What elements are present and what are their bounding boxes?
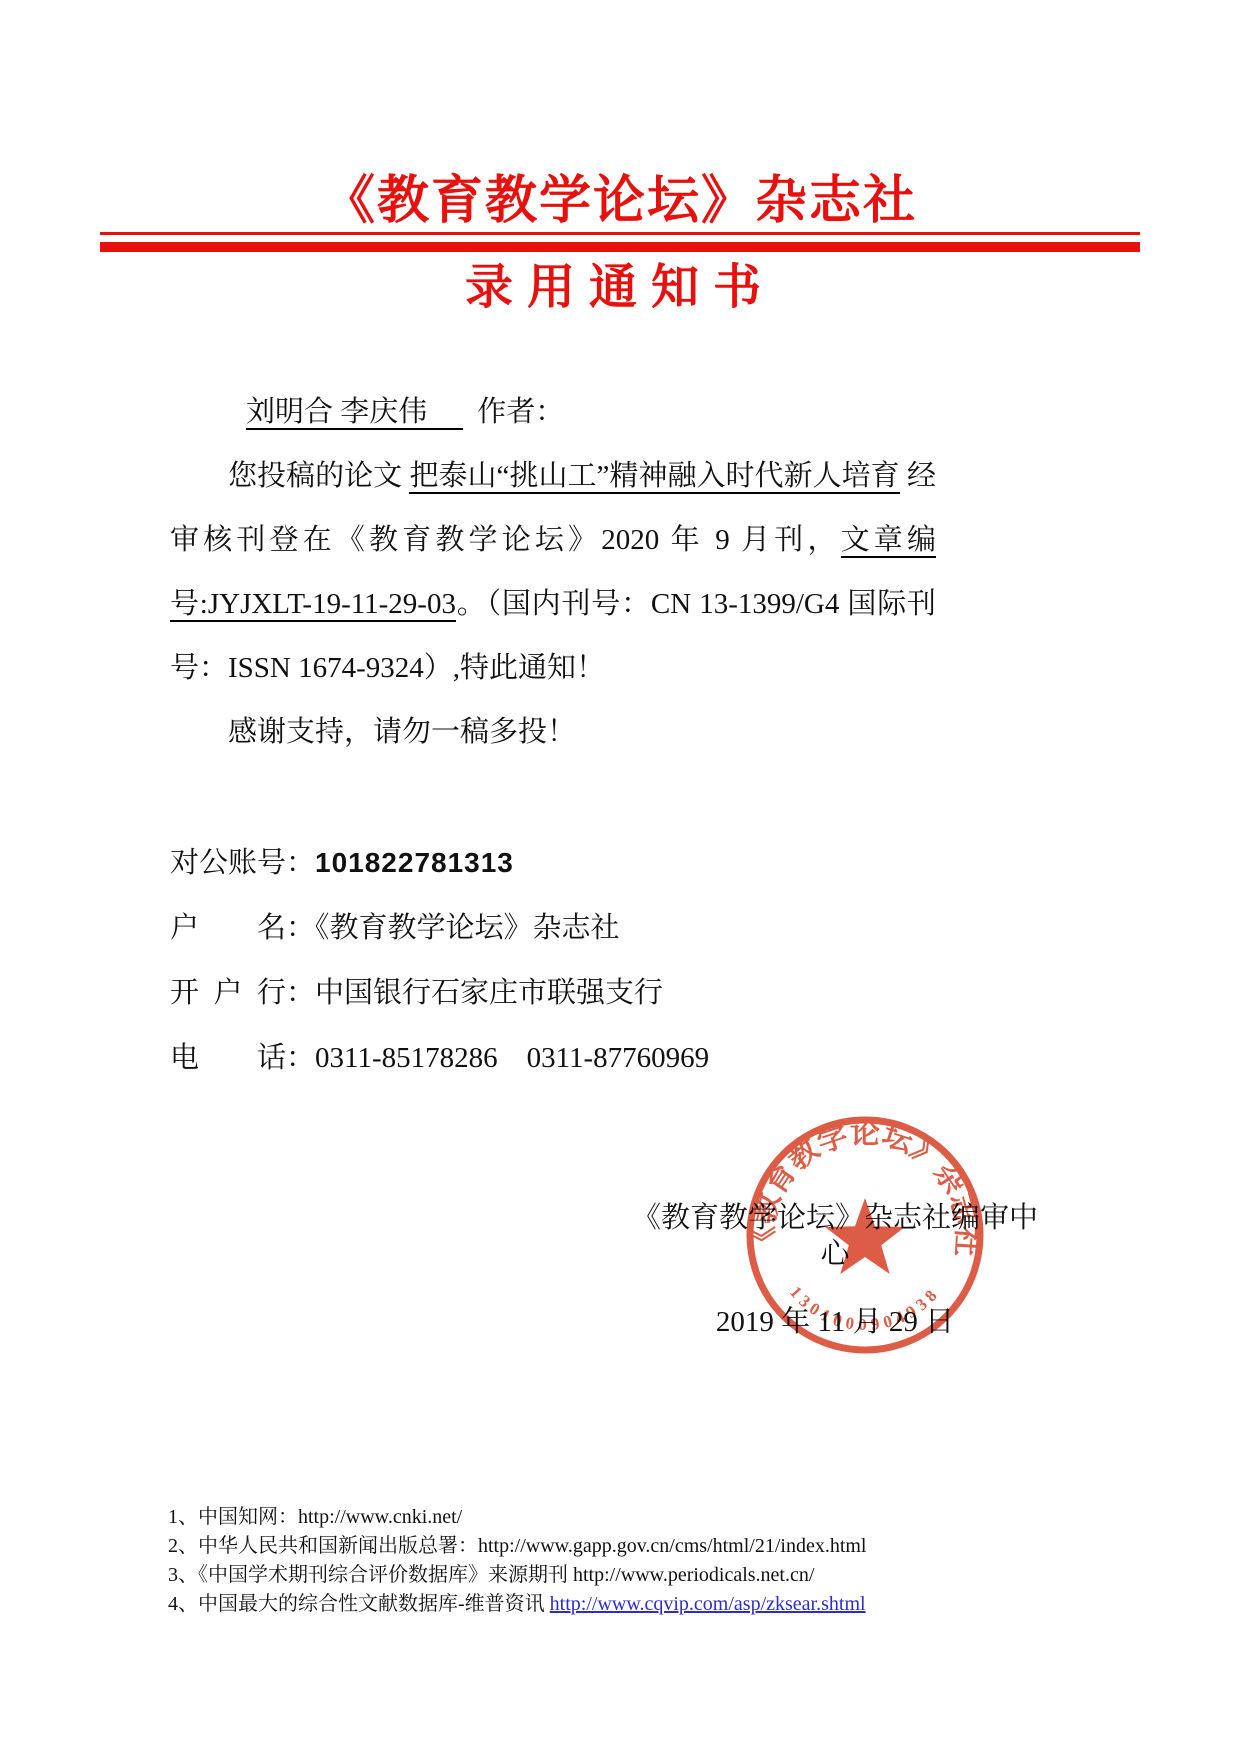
footer-url: http://www.periodicals.net.cn/ — [573, 1564, 814, 1586]
paragraph-segment: 把泰山“挑山工”精神融入时代新人培育 — [409, 460, 899, 494]
account-row: 开户行：中国银行石家庄市联强支行 — [170, 961, 970, 1026]
footer-line: 2、中华人民共和国新闻出版总署：http://www.gapp.gov.cn/c… — [168, 1532, 1118, 1561]
footer-hyperlink[interactable]: http://www.cqvip.com/asp/zksear.shtml — [550, 1593, 866, 1615]
account-row: 电话：0311-85178286 0311-87760969 — [170, 1026, 970, 1091]
account-info-block: 对公账号：101822781313户名：《教育教学论坛》杂志社开户行：中国银行石… — [170, 830, 970, 1091]
letterhead-rule-thin — [100, 232, 1140, 235]
footer-line: 4、中国最大的综合性文献数据库-维普资讯 http://www.cqvip.co… — [168, 1590, 1118, 1619]
account-label: 户名 — [170, 896, 286, 961]
salutation-line: 刘明合 李庆伟作者： — [170, 380, 936, 444]
footer-url: http://www.gapp.gov.cn/cms/html/21/index… — [478, 1535, 867, 1557]
account-row: 户名：《教育教学论坛》杂志社 — [170, 896, 970, 961]
account-value: 101822781313 — [315, 847, 514, 878]
account-label: 对公账号 — [170, 831, 286, 896]
footer-links: 1、中国知网：http://www.cnki.net/2、中华人民共和国新闻出版… — [168, 1503, 1118, 1619]
account-label: 开户行 — [170, 961, 286, 1026]
account-colon: ： — [286, 1042, 315, 1074]
account-value: 《教育教学论坛》杂志社 — [315, 912, 620, 944]
author-names: 刘明合 李庆伟 — [246, 396, 463, 430]
main-paragraph: 您投稿的论文 把泰山“挑山工”精神融入时代新人培育 经审核刊登在《教育教学论坛》… — [170, 444, 936, 700]
footer-url: http://www.cnki.net/ — [298, 1506, 462, 1528]
letter-body: 刘明合 李庆伟作者： 您投稿的论文 把泰山“挑山工”精神融入时代新人培育 经审核… — [170, 380, 936, 764]
account-value: 中国银行石家庄市联强支行 — [315, 977, 663, 1009]
footer-text: 3、《中国学术期刊综合评价数据库》来源期刊 — [168, 1564, 573, 1586]
acceptance-notice-page: 《教育教学论坛》杂志社 录用通知书 刘明合 李庆伟作者： 您投稿的论文 把泰山“… — [0, 0, 1240, 1753]
account-colon: ： — [286, 977, 315, 1009]
footer-text: 2、中华人民共和国新闻出版总署： — [168, 1535, 478, 1557]
footer-text: 4、中国最大的综合性文献数据库-维普资讯 — [168, 1593, 550, 1615]
signature-block: 《教育教学论坛》杂志社编审中心 2019 年 11 月 29 日 — [620, 1200, 1050, 1340]
account-colon: ： — [286, 912, 315, 944]
salutation-suffix: 作者： — [477, 396, 564, 428]
footer-text: 1、中国知网： — [168, 1506, 298, 1528]
account-colon: ： — [286, 847, 315, 879]
org-title: 《教育教学论坛》杂志社 — [0, 158, 1240, 233]
footer-line: 3、《中国学术期刊综合评价数据库》来源期刊 http://www.periodi… — [168, 1561, 1118, 1590]
notice-title: 录用通知书 — [0, 248, 1240, 317]
account-label: 电话 — [170, 1026, 286, 1091]
signature-date: 2019 年 11 月 29 日 — [620, 1304, 1050, 1340]
footer-line: 1、中国知网：http://www.cnki.net/ — [168, 1503, 1118, 1532]
signature-org: 《教育教学论坛》杂志社编审中心 — [620, 1200, 1050, 1272]
paragraph-segment: 您投稿的论文 — [228, 460, 409, 492]
account-value: 0311-85178286 0311-87760969 — [315, 1042, 709, 1074]
account-row: 对公账号：101822781313 — [170, 830, 970, 896]
thanks-line: 感谢支持，请勿一稿多投！ — [170, 700, 936, 764]
